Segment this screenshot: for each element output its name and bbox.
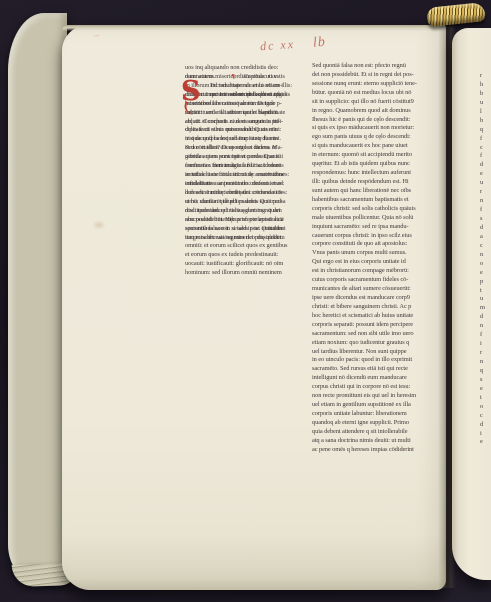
text-line: habentibus sacramentum baptismatis et xyxy=(312,196,440,205)
text-line: corporis separati: possunt idem perciper… xyxy=(312,321,440,330)
text-line: ipse uere dicendus est manducare corp9 xyxy=(312,294,440,303)
handwritten-folio-inscription: dc xx lb xyxy=(259,33,326,56)
text-line: non recte promittunt eis qui uel in here… xyxy=(312,392,440,401)
text-line: quia debent attendere q sit intollerabil… xyxy=(312,428,440,437)
text-line: quandoq ab eterni igne supplicii. Primo xyxy=(312,419,440,428)
text-column-right: Sed quoniā falsa non est: pfecto regnūde… xyxy=(312,62,440,71)
text-line: uel tardius liberentur. Non sunt quippe xyxy=(312,348,440,357)
text-column-left: uos inq aliquando non credidistis deo:nu… xyxy=(185,64,309,91)
text-line: atq a sana doctrina nimis deuiū: ut mult… xyxy=(312,437,440,446)
text-line: dixi. quoniam qui talia agunt regnū dei xyxy=(185,207,309,216)
text-line: Vnus panis unum corpus multi sumus. xyxy=(312,249,440,258)
text-line: sit in supplicio: qui illo nō fuerit cōs… xyxy=(312,98,440,107)
text-line: et eorum quos ex iudeis predestinauit: xyxy=(185,251,309,260)
text-line: uos inq aliquando non credidistis deo: xyxy=(185,64,309,73)
text-line: ego sum panis uiuus q de cęlo descendi: xyxy=(312,133,440,142)
text-line: cuius corporis sacramentum fideles cō- xyxy=(312,276,440,285)
text-line: mictūt: uerū eis tantum qui et baptismat… xyxy=(185,109,309,118)
text-line: hoc heretici et scismatici ab huius unit… xyxy=(312,312,440,321)
faint-pink-mark: ~ xyxy=(93,31,101,43)
text-line: hereses: inuidię: ebrietates: cōmessatiō… xyxy=(185,189,309,198)
text-line: sacramentum: sed non sibi utile imo uero xyxy=(312,330,440,339)
text-line: fornicatio: immundicia luxuria: idolorū xyxy=(185,162,309,171)
text-line: Ihesus hic ē panis qui de cęlo descendit… xyxy=(312,116,440,125)
text-line: in quacunq heresi uel impietate fuerint. xyxy=(185,135,309,144)
text-line: sunt autem qui hanc liberationē nec oībs xyxy=(312,187,440,196)
left-page: ~ dc xx lb uos inq aliquando non credidi… xyxy=(62,25,446,590)
text-line: illi: quibus deinde respōdendum est. Hi xyxy=(312,178,440,187)
text-line: būtur. quoniā nō est medius locus ubi nō xyxy=(312,89,440,98)
column-left-text-upper: uos inq aliquando non credidistis deo:nu… xyxy=(185,64,309,73)
text-line: non possidebūt. Hęc profecto apostolica xyxy=(185,216,309,225)
chapter-opening-block: S Ed iam respondeamus etiam illis:qui no… xyxy=(185,82,309,91)
text-line: in regno. Quamobrem quod ait dominus xyxy=(312,107,440,116)
text-line: uel etiam in gentilium supstitionē ex il… xyxy=(312,401,440,410)
text-line: municantes de altari sumere cōsueuerūt: xyxy=(312,285,440,294)
text-line: cipes facti sunt: quomodolibet uixerint: xyxy=(185,126,309,135)
text-line: omniū: et eorum scilicet quos ex gentibu… xyxy=(185,242,309,251)
text-line: intelligunt nō dicendū eum manducare xyxy=(312,374,440,383)
text-line: emulationes: animositates: dissensiones: xyxy=(185,180,309,189)
text-line: in eo uinculo pacis: quod in illo exprim… xyxy=(312,356,440,365)
text-line: sessione nunq erunt: eterno suppliciō te… xyxy=(312,80,440,89)
text-line: uocauit: iustificauit: glorificauit: nō … xyxy=(185,260,309,269)
facing-page-text-sliver: r h b u l b q f c f d e u r n f s d a c … xyxy=(480,72,491,472)
text-line: est in christianorum compage mēbrorū: xyxy=(312,267,440,276)
text-line: Qui ergo est in eius corporis unitate id xyxy=(312,258,440,267)
text-line: abluti: et corporis eius et sanguinis pt… xyxy=(185,118,309,127)
text-line: inquiunt sacramēto: sed re ipsa mandu- xyxy=(312,223,440,232)
text-line: etiam noxium: quo iudicentur grauius q xyxy=(312,339,440,348)
rubricated-initial: S xyxy=(181,79,206,105)
text-line: corporis unitate labuntur: liberationem xyxy=(312,410,440,419)
text-line: si quis ex ipso māducauerit non morietur… xyxy=(312,124,440,133)
facing-page-curl: r h b u l b q f c f d e u r n f s d a c … xyxy=(452,28,491,580)
text-line: ac pene omēs q hereses impias cōdiderint xyxy=(312,446,440,455)
text-line: nifesta autem sunt opera carnis. Que sūt xyxy=(185,153,309,162)
text-line: corporis christi: sed solis catholicis q… xyxy=(312,205,440,214)
text-line: hominum: sed illorum omniū neminem xyxy=(185,269,309,278)
fore-edge-page-stack xyxy=(8,13,67,578)
text-line: in eternum: quomō sit accipiendū merito xyxy=(312,151,440,160)
text-line: si quis manducauerit ex hoc pane uiuet xyxy=(312,142,440,151)
text-line: sententia falsa est: si tales post quāta… xyxy=(185,225,309,234)
text-line: Ed iam respondeamus etiam illis: xyxy=(210,82,309,91)
text-line: quęritur. Et ab istis quidem quibus nunc xyxy=(312,160,440,169)
pilcrow-mark: ¶ xyxy=(231,73,234,82)
text-line: respondemus: hunc intellectum auferunt xyxy=(312,169,440,178)
text-line: sacramēto. Sed rursus etiā isti qui rect… xyxy=(312,365,440,374)
column-right-text: Sed quoniā falsa non est: pfecto regnūde… xyxy=(312,62,440,71)
text-line: corpus christi qui in corpore nō est ies… xyxy=(312,383,440,392)
gilt-endband xyxy=(426,2,486,27)
inscription-letters: lb xyxy=(312,35,326,51)
text-line: tempora liberati regnum dei possidebūt. xyxy=(185,234,309,243)
text-line: christi: et bibere sanguinem christi. Ac… xyxy=(312,303,440,312)
text-line: corpore constituti de quo ait apostolus: xyxy=(312,240,440,249)
text-line: male uiuentibus pollicentur. Quia nō sol… xyxy=(312,214,440,223)
text-line: et his similia: que pdico uobis sicut pr… xyxy=(185,198,309,207)
chapter-heading-label: Capitula .xxv. xyxy=(244,73,278,82)
foxing-spot xyxy=(92,220,106,230)
book-photo: ~ dc xx lb uos inq aliquando non credidi… xyxy=(0,0,491,602)
text-line: dei non possidebūt. Et si in regni dei p… xyxy=(312,71,440,80)
text-line: cauerunt corpus christi: in ipso scilz e… xyxy=(312,232,440,241)
text-line: seruitus: ueneficia: inimicię: contentio… xyxy=(185,171,309,180)
inscription-numeral: dc xx xyxy=(260,37,296,53)
text-line: Sed cōtradicit eis apostolus dicens. Ma- xyxy=(185,144,309,153)
text-line: Sed quoniā falsa non est: pfecto regnū xyxy=(312,62,440,71)
